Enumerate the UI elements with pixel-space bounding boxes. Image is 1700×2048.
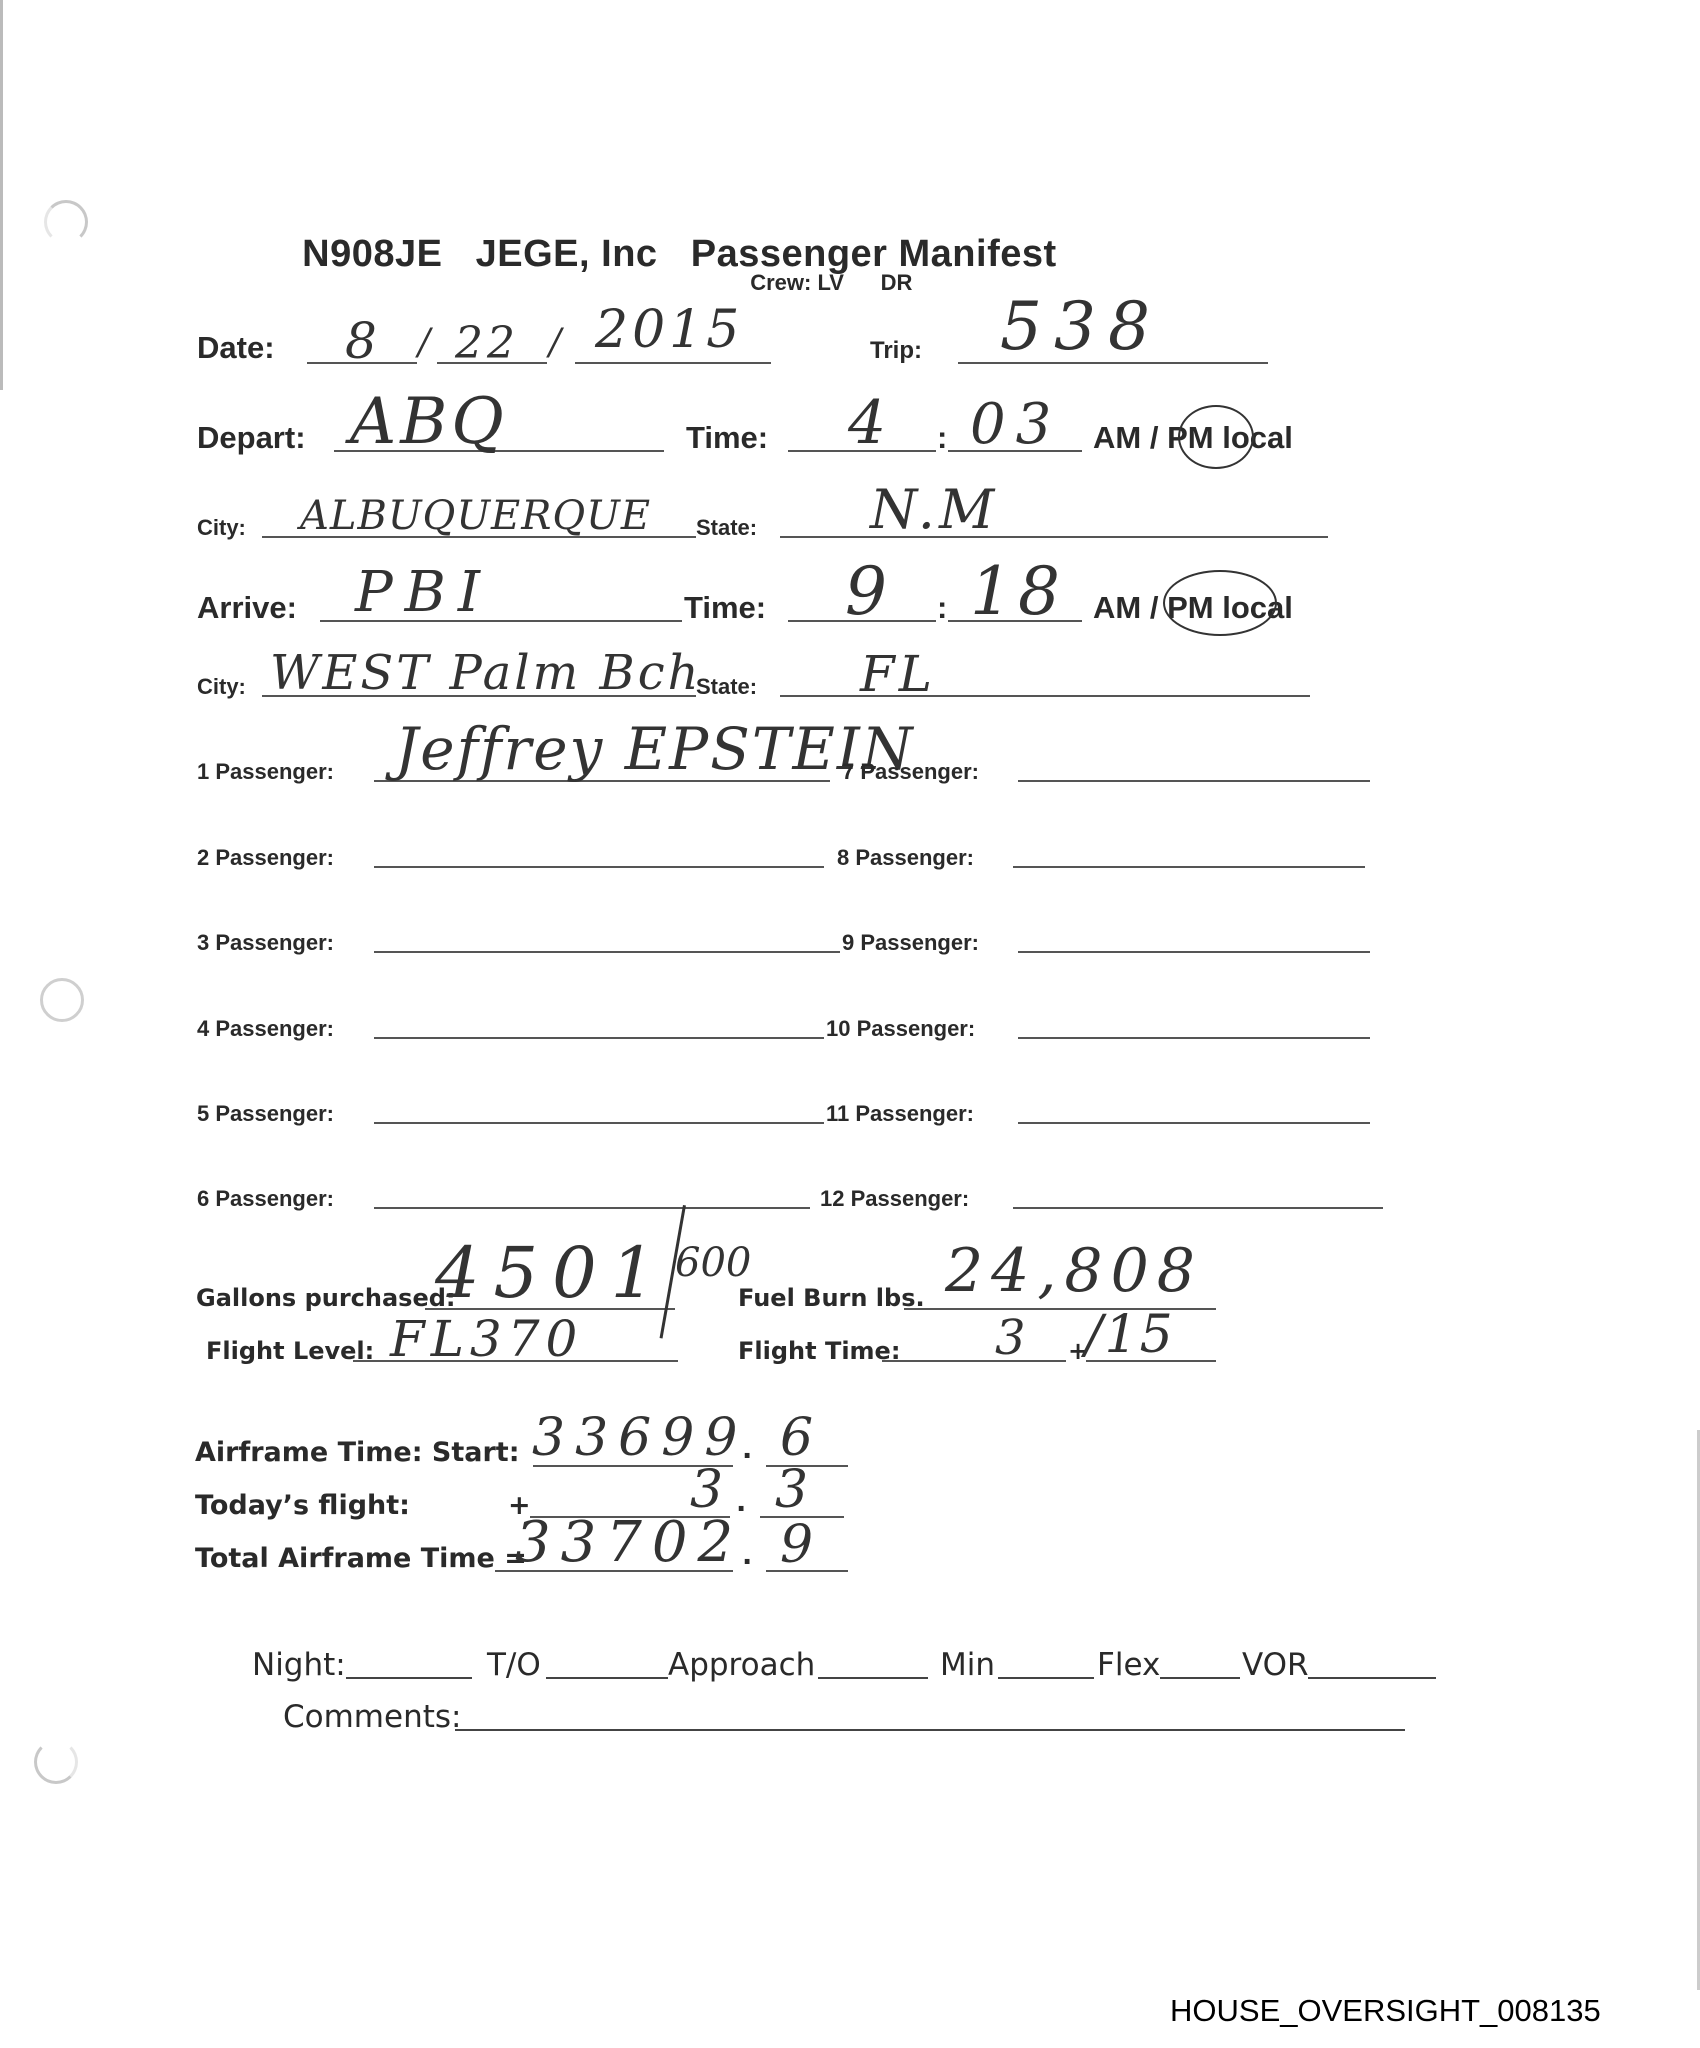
passenger-12-line[interactable]	[1013, 1207, 1383, 1209]
fuel-burn-label: Fuel Burn lbs.	[738, 1284, 925, 1312]
airframe-start-whole-value[interactable]: 33699	[532, 1408, 747, 1468]
total-airframe-dot: .	[742, 1540, 752, 1571]
to-label: T/O	[487, 1647, 541, 1683]
arrive-hour-value[interactable]: 9	[845, 553, 891, 630]
passenger-5-line[interactable]	[374, 1122, 824, 1124]
flex-line[interactable]	[1160, 1677, 1240, 1679]
date-sep-2: /	[549, 322, 565, 363]
depart-am[interactable]: AM	[1093, 420, 1141, 455]
form-header: N908JE JEGE, Inc Passenger Manifest	[280, 190, 1057, 276]
passenger-8-label: 8 Passenger:	[837, 845, 974, 871]
min-line[interactable]	[998, 1677, 1094, 1679]
depart-pm-circle	[1178, 405, 1254, 469]
flex-label: Flex	[1097, 1647, 1160, 1683]
passenger-2-line[interactable]	[374, 866, 824, 868]
punch-hole-bottom	[34, 1740, 78, 1784]
flight-time-label: Flight Time:	[738, 1337, 900, 1365]
passenger-10-line[interactable]	[1018, 1037, 1370, 1039]
crew-label: Crew:	[750, 270, 811, 295]
passenger-9-line[interactable]	[1018, 951, 1370, 953]
today-flight-label: Today’s flight:	[195, 1490, 410, 1521]
passenger-6-label: 6 Passenger:	[197, 1186, 334, 1212]
vor-label: VOR	[1242, 1647, 1309, 1683]
night-label: Night:	[252, 1647, 346, 1683]
date-sep-1: /	[418, 322, 434, 363]
flight-time-minutes: 15	[1105, 1305, 1175, 1365]
arrive-city-label: City:	[197, 674, 246, 700]
passenger-1-label: 1 Passenger:	[197, 759, 334, 785]
fuel-burn-value[interactable]: 24,808	[945, 1236, 1203, 1306]
passenger-3-line[interactable]	[374, 951, 840, 953]
today-flight-tenth-value[interactable]: 3	[775, 1460, 812, 1520]
passenger-2-label: 2 Passenger:	[197, 845, 334, 871]
arrive-minute-value[interactable]: 18	[970, 553, 1066, 630]
punch-hole-top	[44, 200, 88, 244]
trip-value[interactable]: 538	[1000, 288, 1162, 365]
passenger-10-label: 10 Passenger:	[826, 1016, 975, 1042]
bates-number: HOUSE_OVERSIGHT_008135	[1170, 1993, 1601, 2029]
passenger-12-label: 12 Passenger:	[820, 1186, 969, 1212]
passenger-9-label: 9 Passenger:	[842, 930, 979, 956]
passenger-8-line[interactable]	[1013, 866, 1365, 868]
arrive-state-label: State:	[696, 674, 757, 700]
date-year-line	[575, 362, 771, 364]
crew-member-1: LV	[817, 270, 843, 295]
tail-number: N908JE	[302, 233, 442, 275]
arrive-time-colon: :	[937, 590, 947, 626]
flight-time-minutes-value[interactable]: /15	[1085, 1305, 1175, 1365]
approach-label: Approach	[668, 1647, 815, 1683]
depart-state-value[interactable]: N.M	[870, 478, 998, 541]
flight-level-value[interactable]: FL370	[390, 1310, 583, 1368]
arrive-pm-circle	[1163, 570, 1277, 636]
passenger-5-label: 5 Passenger:	[197, 1101, 334, 1127]
total-airframe-whole-value[interactable]: 33702	[515, 1510, 743, 1575]
gallons-value[interactable]: 4501	[435, 1232, 669, 1314]
date-month-value[interactable]: 8	[345, 312, 381, 370]
depart-time-label: Time:	[686, 420, 768, 456]
arrive-state-value[interactable]: FL	[860, 645, 936, 703]
total-airframe-label: Total Airframe Time =	[195, 1543, 527, 1574]
passenger-7-label: 7 Passenger:	[842, 759, 979, 785]
depart-label: Depart:	[197, 420, 306, 456]
company-name: JEGE, Inc	[476, 233, 658, 275]
gallons-extra-value[interactable]: 600	[675, 1240, 751, 1286]
depart-time-colon: :	[937, 420, 947, 456]
passenger-6-line[interactable]	[374, 1207, 810, 1209]
arrive-time-label: Time:	[684, 590, 766, 626]
gallons-label: Gallons purchased:	[196, 1284, 456, 1312]
arrive-am[interactable]: AM	[1093, 590, 1141, 625]
airframe-start-label: Airframe Time: Start:	[195, 1437, 520, 1468]
passenger-7-line[interactable]	[1018, 780, 1370, 782]
depart-minute-value[interactable]: 03	[970, 392, 1061, 457]
arrive-city-value[interactable]: WEST Palm Bch	[270, 645, 701, 701]
crew-line: Crew: LV DR	[738, 244, 912, 296]
date-year-value[interactable]: 2015	[595, 300, 743, 360]
depart-state-line	[780, 536, 1328, 538]
depart-value[interactable]: ABQ	[350, 385, 508, 459]
punch-hole-middle	[40, 978, 84, 1022]
date-label: Date:	[197, 330, 275, 366]
page-left-edge	[0, 0, 3, 390]
passenger-4-label: 4 Passenger:	[197, 1016, 334, 1042]
flight-level-label: Flight Level:	[206, 1337, 374, 1365]
flight-time-hours-line	[882, 1360, 1066, 1362]
trip-label: Trip:	[870, 337, 922, 365]
total-airframe-tenth-value[interactable]: 9	[780, 1515, 817, 1575]
passenger-3-label: 3 Passenger:	[197, 930, 334, 956]
comments-line[interactable]	[455, 1729, 1405, 1731]
to-line[interactable]	[546, 1677, 668, 1679]
passenger-11-line[interactable]	[1018, 1122, 1370, 1124]
flight-time-hours-value[interactable]: 3	[995, 1310, 1030, 1366]
passenger-11-label: 11 Passenger:	[826, 1101, 974, 1127]
vor-line[interactable]	[1308, 1677, 1436, 1679]
min-label: Min	[940, 1647, 995, 1683]
passenger-4-line[interactable]	[374, 1037, 824, 1039]
passenger-1-name[interactable]: Jeffrey EPSTEIN	[395, 715, 915, 783]
comments-label: Comments:	[283, 1699, 461, 1735]
airframe-start-tenth-value[interactable]: 6	[780, 1408, 817, 1468]
depart-city-label: City:	[197, 515, 246, 541]
date-day-value[interactable]: 22	[455, 318, 519, 369]
approach-line[interactable]	[818, 1677, 928, 1679]
depart-hour-value[interactable]: 4	[848, 388, 890, 458]
depart-state-label: State:	[696, 515, 757, 541]
arrive-value[interactable]: PBI	[355, 560, 492, 625]
night-line[interactable]	[346, 1677, 472, 1679]
crew-member-2: DR	[881, 270, 913, 295]
arrive-label: Arrive:	[197, 590, 297, 626]
depart-city-value[interactable]: ALBUQUERQUE	[300, 493, 651, 539]
